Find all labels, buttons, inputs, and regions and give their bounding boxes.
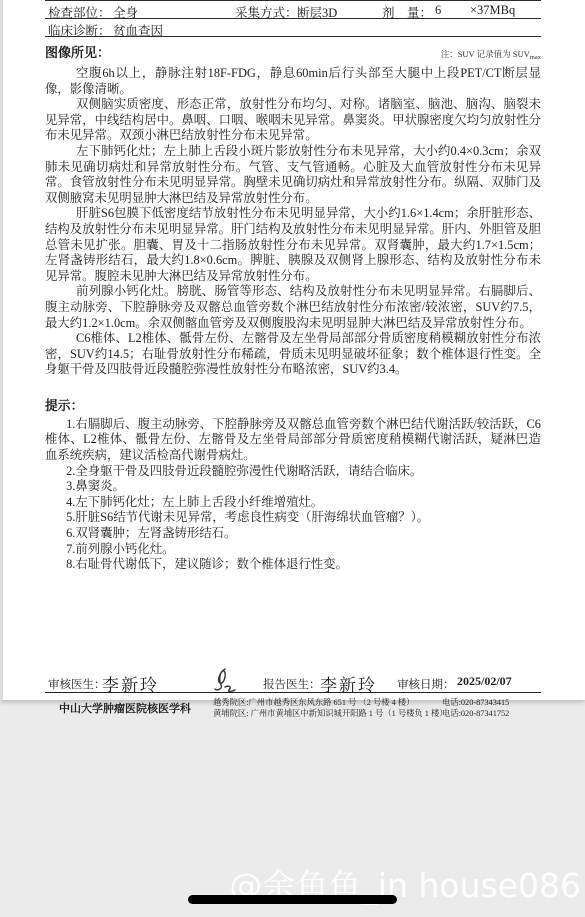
suv-note-subscript: max xyxy=(530,54,541,61)
department-name: 中山大学肿瘤医院核医学科 xyxy=(45,697,213,721)
reviewer-name: 李新玲 xyxy=(102,671,159,696)
findings-heading-row: 图像所见： 注：SUV 记录值为 SUVmax xyxy=(45,42,541,61)
campus-phones: 电话:020-87343415 电话:020-87341752 xyxy=(442,697,509,721)
report-page: 检查部位： 全身 采集方式： 断层3D 剂 量： 6 ×37MBq 临床诊断： … xyxy=(0,0,585,700)
findings-paragraph: 肝脏S6包膜下低密度结节放射性分布未见明显异常，大小约1.6×1.4cm；余肝脏… xyxy=(45,206,541,284)
signature-row: 审核医生： 李新玲 报告医生： 李新玲 审核日期： 2025/02/07 xyxy=(45,671,541,693)
findings-paragraph: 空腹6h以上，静脉注射18F-FDG，静息60min后行头部至大腿中上段PET/… xyxy=(45,66,541,97)
impression-item: 2.全身躯干骨及四肢骨近段髓腔弥漫性代谢略活跃，请结合临床。 xyxy=(45,464,541,480)
impression-item: 8.右耻骨代谢低下，建议随诊；数个椎体退行性变。 xyxy=(45,557,541,573)
campus-address-line: 越秀院区:广州市越秀区东风东路 651 号 （2 号楼 4 楼） xyxy=(213,697,428,709)
impression-list: 1.右膈脚后、腹主动脉旁、下腔静脉旁及双髂总血管旁数个淋巴结代谢活跃/较活跃，C… xyxy=(45,417,541,573)
reporter-label: 报告医生： xyxy=(263,676,321,692)
dose-value: 6 xyxy=(435,3,441,18)
findings-paragraph: 左下肺钙化灶；左上肺上舌段小斑片影放射性分布未见异常，大小约0.4×0.3cm；… xyxy=(45,144,541,206)
impression-item: 4.左下肺钙化灶；左上肺上舌段小纤维增殖灶。 xyxy=(45,495,541,511)
diagnosis-label: 临床诊断： xyxy=(48,21,111,39)
findings-paragraph: 双侧脑实质密度、形态正常，放射性分布均匀、对称。诸脑室、脑池、脑沟、脑裂未见异常… xyxy=(45,97,541,144)
phone-screenshot-root: 检查部位： 全身 采集方式： 断层3D 剂 量： 6 ×37MBq 临床诊断： … xyxy=(0,0,585,917)
findings-paragraph: C6椎体、L2椎体、骶骨左份、左髂骨及左坐骨局部部分骨质密度稍模糊放射性分布浓密… xyxy=(45,331,541,378)
reporter-name: 李新玲 xyxy=(320,671,377,696)
reviewer-label: 审核医生： xyxy=(48,676,106,692)
impression-title: 提示： xyxy=(45,395,541,414)
dose-unit: ×37MBq xyxy=(470,3,515,18)
findings-body: 空腹6h以上，静脉注射18F-FDG，静息60min后行头部至大腿中上段PET/… xyxy=(45,66,541,378)
campus-phone-line: 电话:020-87343415 xyxy=(442,697,509,709)
campus-addresses: 越秀院区:广州市越秀区东风东路 651 号 （2 号楼 4 楼） 黄埔院区: 广… xyxy=(213,697,428,721)
findings-paragraph: 前列腺小钙化灶。膀胱、肠管等形态、结构及放射性分布未见明显异常。右膈脚后、腹主动… xyxy=(45,284,541,331)
review-date-value: 2025/02/07 xyxy=(457,674,512,689)
home-indicator-bar xyxy=(188,895,397,904)
exam-info-row: 检查部位： 全身 采集方式： 断层3D 剂 量： 6 ×37MBq xyxy=(45,1,541,19)
diagnosis-row: 临床诊断： 贫血查因 xyxy=(45,19,541,37)
impression-item: 7.前列腺小钙化灶。 xyxy=(45,542,541,558)
impression-item: 6.双肾囊肿；左肾盏铸形结石。 xyxy=(45,526,541,542)
campus-address-line: 黄埔院区: 广州市黄埔区中新知识城开阳路 1 号（1 号楼负 1 楼） xyxy=(213,708,428,720)
handwritten-signature xyxy=(205,665,250,695)
suv-note: 注：SUV 记录值为 SUVmax xyxy=(441,48,541,61)
impression-item: 3.鼻窦炎。 xyxy=(45,479,541,495)
suv-note-text: 注：SUV 记录值为 SUV xyxy=(441,49,530,59)
campus-phone-line: 电话:020-87341752 xyxy=(442,708,509,720)
diagnosis-value: 贫血查因 xyxy=(113,21,163,39)
impression-item: 1.右膈脚后、腹主动脉旁、下腔静脉旁及双髂总血管旁数个淋巴结代谢活跃/较活跃，C… xyxy=(45,417,541,464)
impression-item: 5.肝脏S6结节代谢未见异常，考虑良性病变（肝海绵状血管瘤？）。 xyxy=(45,510,541,526)
hospital-footer: 中山大学肿瘤医院核医学科 越秀院区:广州市越秀区东风东路 651 号 （2 号楼… xyxy=(45,697,541,721)
findings-title: 图像所见： xyxy=(45,42,110,61)
report-header-table: 检查部位： 全身 采集方式： 断层3D 剂 量： 6 ×37MBq 临床诊断： … xyxy=(45,0,541,37)
review-date-label: 审核日期： xyxy=(397,676,455,692)
